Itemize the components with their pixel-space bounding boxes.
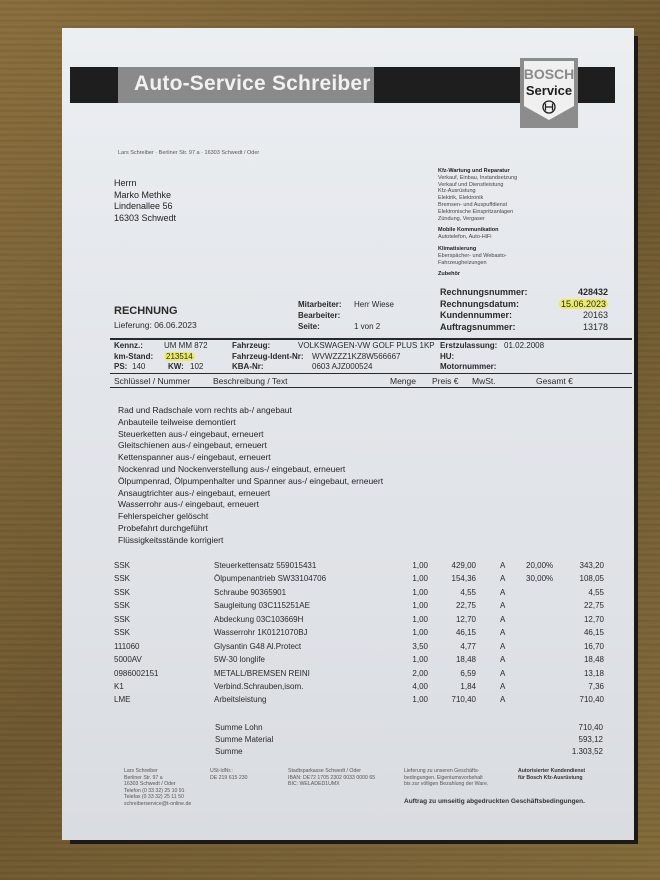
km-value: 213514	[164, 352, 195, 361]
item-qty: 1,00	[404, 653, 428, 666]
table-row: LMEArbeitsleistung1,00710,40A710,40	[114, 693, 604, 706]
item-qty: 2,00	[404, 667, 428, 680]
item-total: 343,20	[562, 559, 604, 572]
item-desc: Steuerkettensatz 559015431	[214, 559, 316, 572]
ps-value: 140	[132, 362, 156, 373]
footer-line: bis zur völligen Bezahlung der Ware.	[404, 781, 488, 788]
item-discount: 20,00%	[526, 559, 553, 572]
footer-address: Lars SchreiberBerliner Str. 97 a16303 Sc…	[124, 768, 191, 808]
ps-label: PS:	[114, 362, 132, 373]
footer-line: Lieferung zu unseren Geschäfts-	[404, 768, 488, 775]
table-row: SSKAbdeckung 03C103669H1,0012,70A12,70	[114, 613, 604, 626]
footer-line: 16303 Schwedt / Oder	[124, 781, 191, 788]
work-line: Anbauteile teilweise demontiert	[118, 417, 383, 429]
service-group-title: Mobile Kommunikation	[438, 227, 499, 233]
sender-line: Lars Schreiber · Berliner Str. 97 a · 16…	[118, 150, 259, 156]
invoice-sheet: Auto-Service Schreiber BOSCH Service Lar…	[62, 28, 634, 840]
item-key: SSK	[114, 599, 130, 612]
footer-line: Autorisierter Kundendienst	[518, 768, 585, 775]
table-row: SSKSteuerkettensatz 5590154311,00429,00A…	[114, 559, 604, 572]
work-line: Wasserrohr aus-/ eingebaut, erneuert	[118, 499, 383, 511]
service-group-title: Kfz-Wartung und Reparatur	[438, 168, 510, 174]
item-desc: 5W-30 longlife	[214, 653, 265, 666]
item-desc: Schraube 90365901	[214, 586, 286, 599]
item-price: 1,84	[440, 680, 476, 693]
divider-vehicle	[110, 373, 632, 374]
km-label: km-Stand:	[114, 352, 164, 363]
footer-bank: Stadtsparkasse Schwedt / OderIBAN: DE72 …	[288, 768, 375, 788]
work-line: Ölpumpenrad, Ölpumpenhalter und Spanner …	[118, 476, 383, 488]
item-price: 22,75	[440, 599, 476, 612]
item-qty: 4,00	[404, 680, 428, 693]
table-row: K1Verbind.Schrauben,isom.4,001,84A7,36	[114, 680, 604, 693]
kw-value: 102	[190, 362, 203, 371]
item-total: 16,70	[562, 640, 604, 653]
total-value: 1.303,52	[572, 746, 603, 758]
item-vat: A	[500, 586, 505, 599]
delivery-date: Lieferung: 06.06.2023	[114, 320, 197, 330]
work-line: Fehlerspeicher gelöscht	[118, 511, 383, 523]
service-line: Eberspächer- und Webasto-	[438, 253, 517, 260]
header-bar-mid	[374, 67, 520, 103]
item-price: 429,00	[440, 559, 476, 572]
table-row: SSKSchraube 903659011,004,55A4,55	[114, 586, 604, 599]
invoice-info: Rechnungsnummer:428432 Rechnungsdatum:15…	[440, 287, 608, 333]
item-price: 18,48	[440, 653, 476, 666]
seite-value: 1 von 2	[354, 322, 380, 331]
total-value: 593,12	[579, 734, 603, 746]
col-desc: Beschreibung / Text	[213, 376, 288, 386]
order-number-label: Auftragsnummer:	[440, 322, 540, 334]
item-qty: 1,00	[404, 626, 428, 639]
total-row: Summe Material593,12	[215, 734, 603, 746]
total-label: Summe Material	[215, 734, 273, 746]
footer-line: DE 219 615 230	[210, 775, 248, 782]
item-desc: Arbeitsleistung	[214, 693, 266, 706]
item-qty: 1,00	[404, 693, 428, 706]
item-qty: 1,00	[404, 559, 428, 572]
mitarbeiter-value: Herr Wiese	[354, 300, 394, 309]
invoice-date-label: Rechnungsdatum:	[440, 299, 540, 311]
table-row: SSKÖlpumpenantrieb SW331047061,00154,36A…	[114, 572, 604, 585]
item-total: 13,18	[562, 667, 604, 680]
service-line: Zündung, Vergaser	[438, 216, 517, 223]
recipient-salutation: Herrn	[114, 178, 176, 190]
table-row: 5000AV5W-30 longlife1,0018,48A18,48	[114, 653, 604, 666]
work-line: Ansaugtrichter aus-/ eingebaut, erneuert	[118, 488, 383, 500]
col-key: Schlüssel / Nummer	[114, 376, 190, 386]
invoice-date: 15.06.2023	[559, 299, 608, 309]
service-group-title: Klimatisierung	[438, 246, 476, 252]
footer-line: bedingungen. Eigentumsvorbehalt	[404, 775, 488, 782]
item-price: 710,40	[440, 693, 476, 706]
footer-line: für Bosch Kfz-Ausrüstung	[518, 775, 585, 782]
item-desc: METALL/BREMSEN REINI	[214, 667, 310, 680]
kennz-value: UM MM 872	[164, 341, 224, 352]
customer-number: 20163	[540, 310, 608, 322]
vehicle-middle: Fahrzeug:VOLKSWAGEN-VW GOLF PLUS 1KP Fah…	[232, 341, 435, 373]
footer-line: Stadtsparkasse Schwedt / Oder	[288, 768, 375, 775]
item-vat: A	[500, 613, 505, 626]
item-vat: A	[500, 599, 505, 612]
service-group: Kfz-Wartung und ReparaturVerkauf, Einbau…	[438, 168, 517, 222]
item-vat: A	[500, 693, 505, 706]
hu-label: HU:	[440, 352, 454, 361]
service-group: Mobile KommunikationAutotelefon, Auto-Hi…	[438, 227, 517, 241]
staff-info: Mitarbeiter:Herr Wiese Bearbeiter: Seite…	[298, 299, 394, 332]
item-vat: A	[500, 640, 505, 653]
table-row: 0986002151METALL/BREMSEN REINI2,006,59A1…	[114, 667, 604, 680]
total-row: Summe1.303,52	[215, 746, 603, 758]
col-price: Preis €	[432, 376, 458, 386]
erstzulassung-value: 01.02.2008	[504, 341, 544, 350]
item-desc: Abdeckung 03C103669H	[214, 613, 303, 626]
item-price: 4,77	[440, 640, 476, 653]
item-vat: A	[500, 680, 505, 693]
divider-columns	[110, 387, 632, 388]
footer-terms: Lieferung zu unseren Geschäfts-bedingung…	[404, 768, 488, 788]
item-desc: Wasserrohr 1K0121070BJ	[214, 626, 308, 639]
service-group: KlimatisierungEberspächer- und Webasto-F…	[438, 246, 517, 266]
item-desc: Verbind.Schrauben,isom.	[214, 680, 303, 693]
header-bar-left	[70, 67, 118, 103]
item-key: 5000AV	[114, 653, 142, 666]
table-row: 111060Glysantin G48 Al.Protect3,504,77A1…	[114, 640, 604, 653]
recipient-street: Lindenallee 56	[114, 201, 176, 213]
totals: Summe Lohn710,40Summe Material593,12Summ…	[215, 722, 603, 758]
item-total: 12,70	[562, 613, 604, 626]
kw-label: KW:	[168, 362, 190, 373]
motornummer-label: Motornummer:	[440, 362, 496, 371]
total-value: 710,40	[579, 722, 603, 734]
divider-top	[110, 338, 632, 340]
services-list: Kfz-Wartung und ReparaturVerkauf, Einbau…	[438, 168, 517, 278]
item-vat: A	[500, 653, 505, 666]
bearbeiter-label: Bearbeiter:	[298, 310, 354, 321]
bosch-service-logo: BOSCH Service	[520, 58, 578, 128]
footer-line: Lars Schreiber	[124, 768, 191, 775]
svg-text:Service: Service	[526, 83, 572, 98]
table-row: SSKWasserrohr 1K0121070BJ1,0046,15A46,15	[114, 626, 604, 639]
delivery-value: 06.06.2023	[154, 320, 197, 330]
service-line: Verkauf und Dienstleistung	[438, 182, 517, 189]
work-line: Steuerketten aus-/ eingebaut, erneuert	[118, 429, 383, 441]
item-key: LME	[114, 693, 130, 706]
service-group-title: Zubehör	[438, 271, 460, 277]
item-price: 6,59	[440, 667, 476, 680]
item-qty: 1,00	[404, 599, 428, 612]
item-total: 7,36	[562, 680, 604, 693]
item-qty: 3,50	[404, 640, 428, 653]
delivery-label: Lieferung:	[114, 320, 152, 330]
service-line: Elektronische Einspritzanlagen	[438, 209, 517, 216]
recipient-city: 16303 Schwedt	[114, 213, 176, 225]
item-desc: Saugleitung 03C115251AE	[214, 599, 310, 612]
work-description: Rad und Radschale vorn rechts ab-/ angeb…	[118, 405, 383, 547]
work-line: Rad und Radschale vorn rechts ab-/ angeb…	[118, 405, 383, 417]
item-qty: 1,00	[404, 613, 428, 626]
item-key: SSK	[114, 559, 130, 572]
kba-value: 0603 AJZ000524	[312, 362, 373, 371]
item-total: 46,15	[562, 626, 604, 639]
footer-line: IBAN: DE72 1705 2302 0033 0000 65	[288, 775, 375, 782]
service-line: Fahrzeugheizungen	[438, 260, 517, 267]
item-price: 12,70	[440, 613, 476, 626]
total-row: Summe Lohn710,40	[215, 722, 603, 734]
item-key: SSK	[114, 586, 130, 599]
footer-line: Telefon (0 33 32) 25 10 91	[124, 788, 191, 795]
invoice-number-label: Rechnungsnummer:	[440, 287, 540, 299]
item-price: 154,36	[440, 572, 476, 585]
item-vat: A	[500, 559, 505, 572]
work-line: Gleitschienen aus-/ eingebaut, erneuert	[118, 440, 383, 452]
col-vat: MwSt.	[472, 376, 496, 386]
col-qty: Menge	[390, 376, 416, 386]
kennz-label: Kennz.:	[114, 341, 164, 352]
col-total: Gesamt €	[536, 376, 573, 386]
item-key: SSK	[114, 626, 130, 639]
item-vat: A	[500, 667, 505, 680]
invoice-number: 428432	[540, 287, 608, 299]
item-key: SSK	[114, 572, 130, 585]
footer-line: schreiberservice@t-online.de	[124, 801, 191, 808]
seite-label: Seite:	[298, 321, 354, 332]
recipient-name: Marko Methke	[114, 190, 176, 202]
footer-line: USt-IdNr.:	[210, 768, 248, 775]
table-row: SSKSaugleitung 03C115251AE1,0022,75A22,7…	[114, 599, 604, 612]
item-discount: 30,00%	[526, 572, 553, 585]
footer-line: BIC: WELADED1UMX	[288, 781, 375, 788]
footer-line: Berliner Str. 97 a	[124, 775, 191, 782]
service-line: Autotelefon, Auto-HiFi	[438, 234, 517, 241]
service-line: Elektrik, Elektronik	[438, 195, 517, 202]
header-bar-right	[577, 67, 615, 103]
erstzulassung-label: Erstzulassung:	[440, 341, 504, 352]
item-price: 46,15	[440, 626, 476, 639]
work-line: Kettenspanner aus-/ eingebaut, erneuert	[118, 452, 383, 464]
invoice-title: RECHNUNG	[114, 305, 178, 317]
fahrzeug-value: VOLKSWAGEN-VW GOLF PLUS 1KP	[298, 341, 435, 350]
work-line: Flüssigkeitsstände korrigiert	[118, 535, 383, 547]
item-total: 4,55	[562, 586, 604, 599]
item-total: 18,48	[562, 653, 604, 666]
footer-vat: USt-IdNr.:DE 219 615 230	[210, 768, 248, 781]
service-group: Zubehör	[438, 271, 517, 278]
item-price: 4,55	[440, 586, 476, 599]
kba-label: KBA-Nr:	[232, 362, 312, 373]
item-total: 108,05	[562, 572, 604, 585]
item-vat: A	[500, 626, 505, 639]
mitarbeiter-label: Mitarbeiter:	[298, 299, 354, 310]
work-line: Nockenrad und Nockenverstellung aus-/ ei…	[118, 464, 383, 476]
company-name: Auto-Service Schreiber	[134, 72, 371, 96]
vehicle-right: Erstzulassung:01.02.2008 HU: Motornummer…	[440, 341, 544, 373]
item-vat: A	[500, 572, 505, 585]
item-key: SSK	[114, 613, 130, 626]
service-line: Bremsen- und Auspuffdienst	[438, 202, 517, 209]
total-label: Summe	[215, 746, 243, 758]
footer-line: Telefax (0 33 32) 25 11 50	[124, 794, 191, 801]
fahrzeug-label: Fahrzeug:	[232, 341, 298, 352]
vehicle-left: Kennz.:UM MM 872 km-Stand:213514 PS:140K…	[114, 341, 224, 373]
ident-value: WVWZZZ1KZ8W566667	[312, 352, 400, 361]
item-total: 710,40	[562, 693, 604, 706]
footer-notice: Auftrag zu umseitig abgedruckten Geschäf…	[404, 798, 585, 805]
ident-label: Fahrzeug-Ident-Nr:	[232, 352, 312, 363]
customer-number-label: Kundennummer:	[440, 310, 540, 322]
line-items: SSKSteuerkettensatz 5590154311,00429,00A…	[114, 559, 604, 707]
svg-text:BOSCH: BOSCH	[524, 66, 575, 82]
item-desc: Ölpumpenantrieb SW33104706	[214, 572, 326, 585]
service-line: Verkauf, Einbau, Instandsetzung	[438, 175, 517, 182]
item-key: 111060	[114, 640, 140, 653]
footer-authorized: Autorisierter Kundendienstfür Bosch Kfz-…	[518, 768, 585, 781]
total-label: Summe Lohn	[215, 722, 263, 734]
item-qty: 1,00	[404, 586, 428, 599]
item-qty: 1,00	[404, 572, 428, 585]
order-number: 13178	[540, 322, 608, 334]
item-desc: Glysantin G48 Al.Protect	[214, 640, 301, 653]
work-line: Probefahrt durchgeführt	[118, 523, 383, 535]
item-key: K1	[114, 680, 124, 693]
item-total: 22,75	[562, 599, 604, 612]
item-key: 0986002151	[114, 667, 159, 680]
service-line: Kfz-Ausrüstung	[438, 188, 517, 195]
recipient-address: Herrn Marko Methke Lindenallee 56 16303 …	[114, 178, 176, 224]
